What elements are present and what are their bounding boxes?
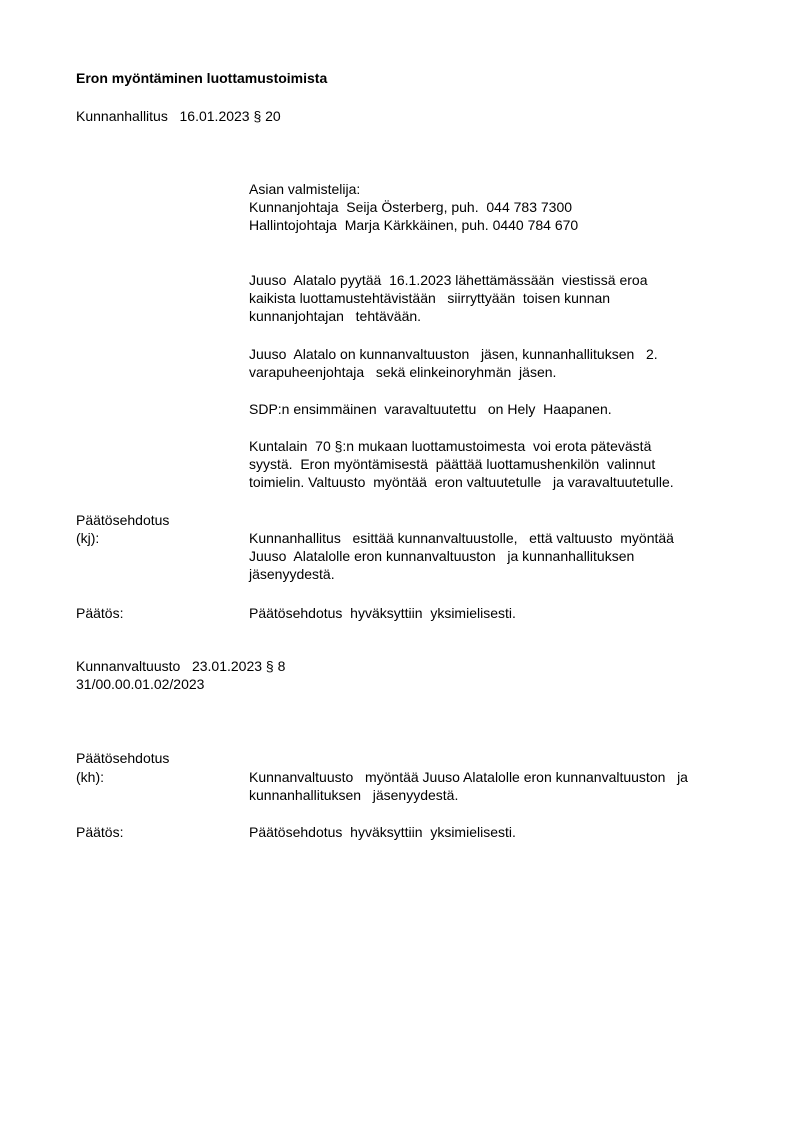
proposal-label-line2: (kj): <box>76 529 99 547</box>
preparer-label: Asian valmistelija: <box>249 180 749 198</box>
text-line: jäsenyydestä. <box>249 565 749 583</box>
text-line: Päätösehdotus hyväksyttiin yksimielisest… <box>249 823 749 841</box>
text-line: Juuso Alatalo pyytää 16.1.2023 lähettämä… <box>249 271 749 289</box>
decision-text: Päätösehdotus hyväksyttiin yksimielisest… <box>249 604 749 622</box>
text-line: Kuntalain 70 §:n mukaan luottamustoimest… <box>249 437 749 455</box>
paragraph-roles: Juuso Alatalo on kunnanvaltuuston jäsen,… <box>249 345 749 381</box>
text-line: kaikista luottamustehtävistään siirrytty… <box>249 289 749 307</box>
paragraph-request: Juuso Alatalo pyytää 16.1.2023 lähettämä… <box>249 271 749 325</box>
section2-header: Kunnanvaltuusto 23.01.2023 § 8 <box>76 657 285 675</box>
preparer-block: Asian valmistelija: Kunnanjohtaja Seija … <box>249 180 749 234</box>
text-line: Juuso Alatalolle eron kunnanvaltuuston j… <box>249 547 749 565</box>
proposal-text: Kunnanhallitus esittää kunnanvaltuustoll… <box>249 529 749 583</box>
text-line: syystä. Eron myöntämisestä päättää luott… <box>249 455 749 473</box>
text-line: Juuso Alatalo on kunnanvaltuuston jäsen,… <box>249 345 749 363</box>
proposal-text: Kunnanvaltuusto myöntää Juuso Alatalolle… <box>249 768 749 804</box>
section1-header: Kunnanhallitus 16.01.2023 § 20 <box>76 107 281 125</box>
text-line: toimielin. Valtuusto myöntää eron valtuu… <box>249 473 749 491</box>
decision-text: Päätösehdotus hyväksyttiin yksimielisest… <box>249 823 749 841</box>
paragraph-substitute: SDP:n ensimmäinen varavaltuutettu on Hel… <box>249 400 749 418</box>
proposal-label-line1: Päätösehdotus <box>76 749 169 767</box>
preparer-line: Hallintojohtaja Marja Kärkkäinen, puh. 0… <box>249 216 749 234</box>
decision-label: Päätös: <box>76 604 123 622</box>
text-line: Päätösehdotus hyväksyttiin yksimielisest… <box>249 604 749 622</box>
text-line: kunnanjohtajan tehtävään. <box>249 307 749 325</box>
proposal-label-line1: Päätösehdotus <box>76 511 169 529</box>
decision-label: Päätös: <box>76 823 123 841</box>
section2-reference: 31/00.00.01.02/2023 <box>76 675 204 693</box>
text-line: varapuheenjohtaja sekä elinkeinoryhmän j… <box>249 363 749 381</box>
text-line: Kunnanvaltuusto myöntää Juuso Alatalolle… <box>249 768 749 786</box>
document-title: Eron myöntäminen luottamustoimista <box>76 69 327 87</box>
proposal-label-line2: (kh): <box>76 768 104 786</box>
preparer-line: Kunnanjohtaja Seija Österberg, puh. 044 … <box>249 198 749 216</box>
text-line: kunnanhallituksen jäsenyydestä. <box>249 786 749 804</box>
text-line: SDP:n ensimmäinen varavaltuutettu on Hel… <box>249 400 749 418</box>
paragraph-law: Kuntalain 70 §:n mukaan luottamustoimest… <box>249 437 749 491</box>
text-line: Kunnanhallitus esittää kunnanvaltuustoll… <box>249 529 749 547</box>
